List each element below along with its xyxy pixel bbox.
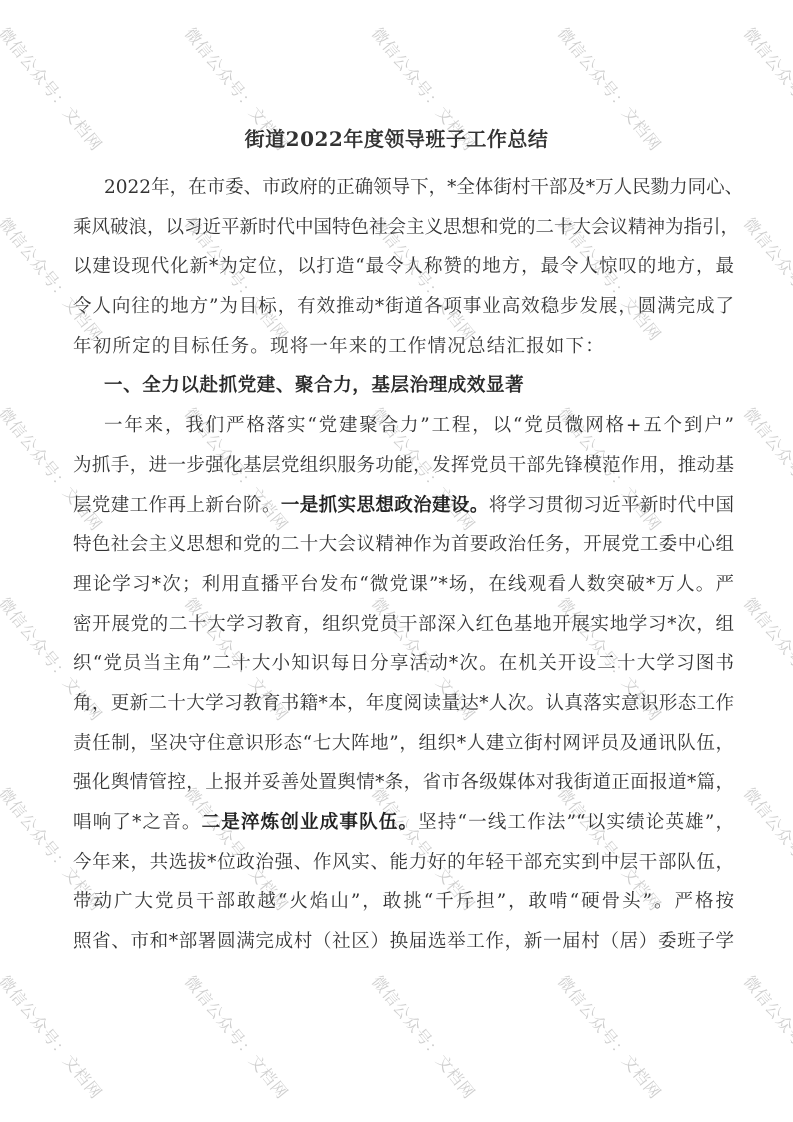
text-line: 特色社会主义思想和党的二十大会议精神作为首要政治任务，开展党工委中心组 bbox=[73, 525, 734, 565]
text-line: 年初所定的目标任务。现将一年来的工作情况总结汇报如下： bbox=[73, 327, 734, 367]
text-line: 一年来，我们严格落实“党建聚合力”工程，以“党员微网格+五个到户” bbox=[73, 406, 734, 446]
watermark-text: 微信公众号：文档网 bbox=[739, 212, 793, 345]
text-line: 强化舆情管控，上报并妥善处置舆情*条，省市各级媒体对我街道正面报道*篇， bbox=[73, 763, 734, 803]
bold-subheading: 一是抓实思想政治建设。 bbox=[281, 495, 489, 516]
watermark-text: 微信公众号：文档网 bbox=[739, 402, 793, 535]
text-run: 唱响了*之音。 bbox=[73, 812, 202, 833]
text-line: 2022年，在市委、市政府的正确领导下，*全体街村干部及*万人民勠力同心、 bbox=[73, 168, 734, 208]
bold-subheading: 二是淬炼创业成事队伍。 bbox=[202, 812, 419, 833]
document-page: 微信公众号：文档网微信公众号：文档网微信公众号：文档网微信公众号：文档网微信公众… bbox=[0, 0, 793, 1122]
text-line: 带动广大党员干部敢越“火焰山”，敢挑“千斤担”，敢啃“硬骨头”。严格按 bbox=[73, 882, 734, 922]
text-line: 以建设现代化新*为定位，以打造“最令人称赞的地方，最令人惊叹的地方，最 bbox=[73, 247, 734, 287]
section-heading: 一、全力以赴抓党建、聚合力，基层治理成效显著 bbox=[73, 366, 734, 406]
watermark-text: 微信公众号：文档网 bbox=[739, 782, 793, 915]
text-line: 乘风破浪，以习近平新时代中国特色社会主义思想和党的二十大会议精神为指引， bbox=[73, 208, 734, 248]
text-line: 今年来，共选拔*位政治强、作风实、能力好的年轻干部充实到中层干部队伍， bbox=[73, 843, 734, 883]
text-line: 为抓手，进一步强化基层党组织服务功能，发挥党员干部先锋模范作用，推动基 bbox=[73, 446, 734, 486]
text-run: 坚持“一线工作法”“以实绩论英雄”， bbox=[418, 812, 734, 833]
text-line: 令人向往的地方”为目标，有效推动*街道各项事业高效稳步发展，圆满完成了 bbox=[73, 287, 734, 327]
text-run: 层党建工作再上新台阶。 bbox=[73, 495, 281, 516]
watermark-text: 微信公众号：文档网 bbox=[553, 970, 667, 1103]
text-line-mixed: 层党建工作再上新台阶。一是抓实思想政治建设。将学习贯彻习近平新时代中国 bbox=[73, 486, 734, 526]
watermark-text: 微信公众号：文档网 bbox=[367, 970, 481, 1103]
text-line: 责任制，坚决守住意识形态“七大阵地”，组织*人建立街村网评员及通讯队伍， bbox=[73, 724, 734, 764]
watermark-text: 微信公众号：文档网 bbox=[739, 592, 793, 725]
document-body: 2022年，在市委、市政府的正确领导下，*全体街村干部及*万人民勠力同心、 乘风… bbox=[73, 168, 734, 962]
text-line: 密开展党的二十大学习教育，组织党员干部深入红色基地开展实地学习*次，组 bbox=[73, 605, 734, 645]
document-title: 街道2022年度领导班子工作总结 bbox=[0, 125, 793, 153]
watermark-text: 微信公众号：文档网 bbox=[739, 970, 793, 1103]
text-run: 将学习贯彻习近平新时代中国 bbox=[489, 495, 734, 516]
text-line: 理论学习*次；利用直播平台发布“微党课”*场，在线观看人数突破*万人。严 bbox=[73, 565, 734, 605]
text-line: 织“党员当主角”二十大小知识每日分享活动*次。在机关开设二十大学习图书 bbox=[73, 644, 734, 684]
text-line: 照省、市和*部署圆满完成村（社区）换届选举工作，新一届村（居）委班子学 bbox=[73, 922, 734, 962]
watermark-text: 微信公众号：文档网 bbox=[0, 970, 108, 1103]
text-line: 角，更新二十大学习教育书籍*本，年度阅读量达*人次。认真落实意识形态工作 bbox=[73, 684, 734, 724]
text-line-mixed: 唱响了*之音。二是淬炼创业成事队伍。坚持“一线工作法”“以实绩论英雄”， bbox=[73, 803, 734, 843]
watermark-text: 微信公众号：文档网 bbox=[180, 970, 294, 1103]
